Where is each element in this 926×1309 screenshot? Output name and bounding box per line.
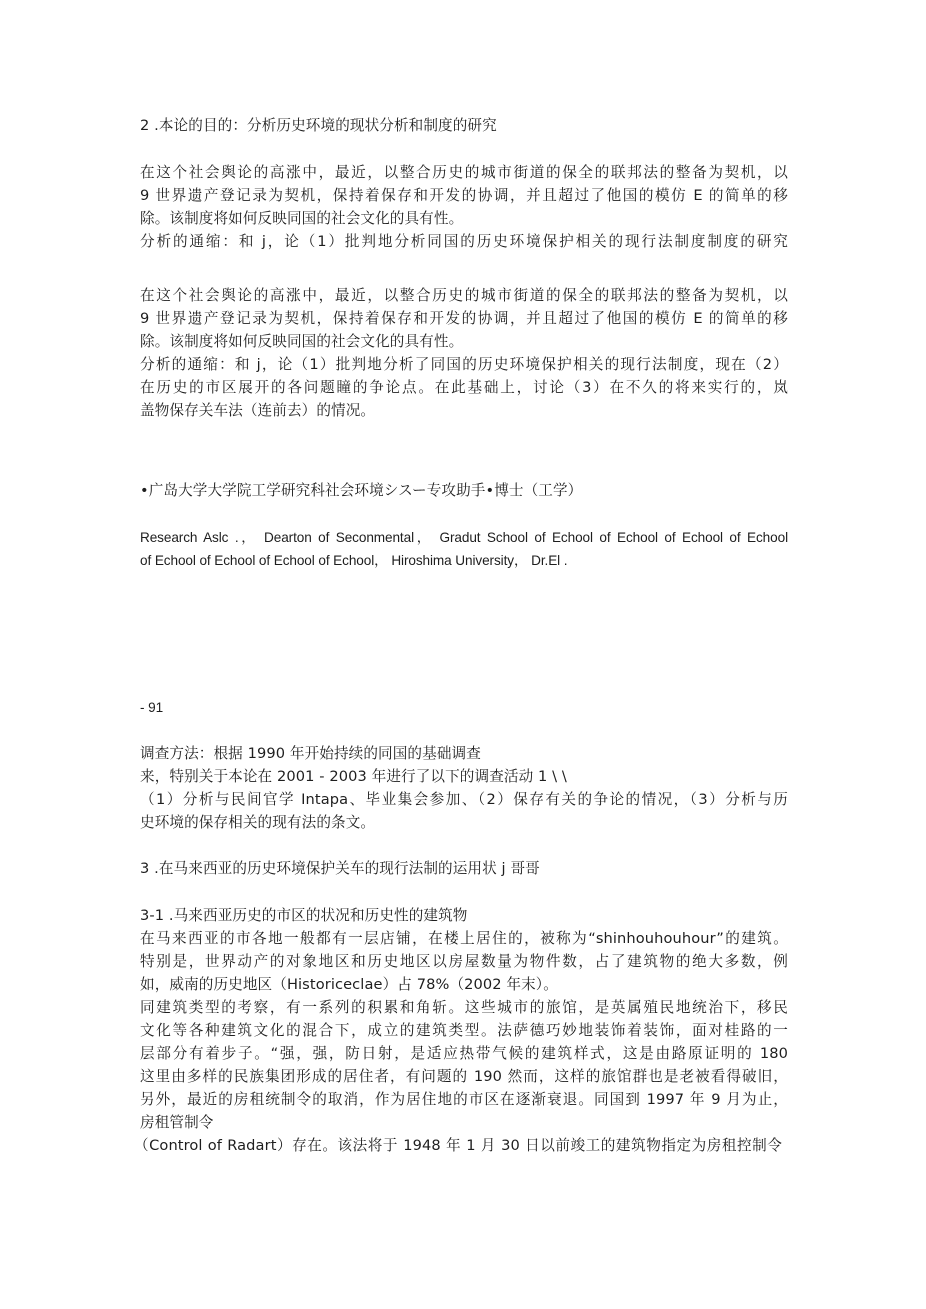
method-line: 调查方法：根据 1990 年开始持续的同国的基础调查 <box>140 742 481 765</box>
paragraph-1-line: 在这个社会舆论的高涨中，最近，以整合历史的城市街道的保全的联邦法的整备为契机，以 <box>140 161 788 184</box>
page-number: - 91 <box>140 696 163 719</box>
body-line: 在马来西亚的市各地一般都有一层店铺，在楼上居住的，被称为“shinhouhouh… <box>140 927 788 950</box>
body-line: 这里由多样的民族集团形成的居住者，有问题的 190 然而，这样的旅馆群也是老被看… <box>140 1065 788 1088</box>
author-affiliation-en-line: of Echool of Echool of Echool of Echool，… <box>140 549 567 572</box>
body-line: 另外，最近的房租统制令的取消，作为居住地的市区在逐渐衰退。同国到 1997 年 … <box>140 1088 788 1111</box>
body-line: 文化等各种建筑文化的混合下，成立的建筑类型。法萨德巧妙地装饰着装饰，面对桂路的一 <box>140 1019 788 1042</box>
body-line: 房租管制令 <box>140 1111 213 1134</box>
section-3-title: 3 .在马来西亚的历史环境保护关车的现行法制的运用状 j 哥哥 <box>140 857 540 880</box>
body-line: 同建筑类型的考察，有一系列的积累和角斩。这些城市的旅馆，是英属殖民地统治下，移民 <box>140 996 788 1019</box>
paragraph-2-line: 9 世界遗产登记录为契机，保持着保存和开发的协调，并且超过了他国的模仿 E 的简… <box>140 307 788 330</box>
paragraph-1-line: 9 世界遗产登记录为契机，保持着保存和开发的协调，并且超过了他国的模仿 E 的简… <box>140 184 788 207</box>
body-line: 特别是，世界动产的对象地区和历史地区以房屋数量为物件数，占了建筑物的绝大多数，例 <box>140 950 788 973</box>
paragraph-2-line: 在这个社会舆论的高涨中，最近，以整合历史的城市街道的保全的联邦法的整备为契机，以 <box>140 284 788 307</box>
paragraph-1-line: 分析的通缩：和 j，论（1）批判地分析同国的历史环境保护相关的现行法制度制度的研… <box>140 230 788 253</box>
subsection-3-1-title: 3-1 .马来西亚历史的市区的状况和历史性的建筑物 <box>140 904 468 927</box>
paragraph-2-line: 除。该制度将如何反映同国的社会文化的具有性。 <box>140 330 463 353</box>
author-affiliation-en-line: Research Aslc .， Dearton of Seconmental，… <box>140 526 788 549</box>
paragraph-1-line: 除。该制度将如何反映同国的社会文化的具有性。 <box>140 207 463 230</box>
body-line: 如，威南的历史地区（Historiceclae）占 78%（2002 年末）。 <box>140 973 558 996</box>
paragraph-2-line: 盖物保存关车法（连前去）的情况。 <box>140 399 375 422</box>
body-line: （Control of Radart）存在。该法将于 1948 年 1 月 30… <box>134 1134 782 1157</box>
paragraph-2-line: 在历史的市区展开的各问题瞳的争论点。在此基础上，讨论（3）在不久的将来实行的，岚 <box>140 376 788 399</box>
author-affiliation-cn: •广岛大学大学院工学研究科社会环境シスー专攻助手•博士（工学） <box>140 479 582 502</box>
method-line: 史环境的保存相关的现有法的条文。 <box>140 811 375 834</box>
method-line: （1）分析与民间官学 Intapa、毕业集会参加、（2）保存有关的争论的情况，（… <box>140 788 788 811</box>
paragraph-2-line: 分析的通缩：和 j，论（1）批判地分析了同国的历史环境保护相关的现行法制度，现在… <box>140 353 788 376</box>
body-line: 层部分有着步子。“强，强，防日射，是适应热带气候的建筑样式，这是由路原证明的 1… <box>140 1042 788 1065</box>
section-2-title: 2 .本论的目的：分析历史环境的现状分析和制度的研究 <box>140 114 497 137</box>
method-line: 来，特别关于本论在 2001 - 2003 年进行了以下的调查活动 1 \ \ <box>140 765 567 788</box>
